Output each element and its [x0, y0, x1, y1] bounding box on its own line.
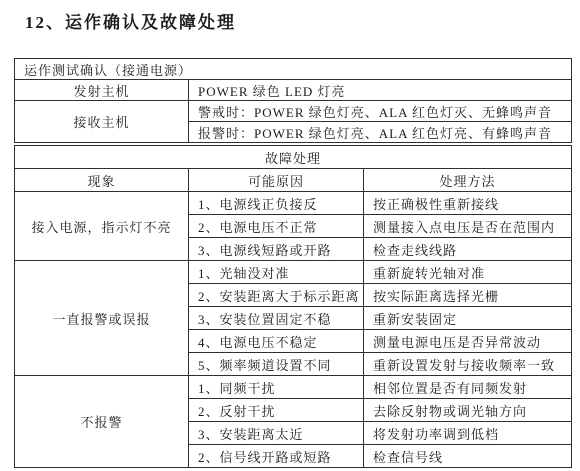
table-row: 运作测试确认（接通电源）: [15, 59, 572, 80]
solution-cell: 按实际距离选择光栅: [364, 284, 572, 307]
device-cell: 接收主机: [15, 101, 189, 143]
table-row: 接收主机 警戒时：POWER 绿色灯亮、ALA 红色灯灭、无蜂鸣声音: [15, 101, 572, 122]
tables-container: 运作测试确认（接通电源） 发射主机 POWER 绿色 LED 灯亮 接收主机 警…: [14, 58, 571, 468]
table-row: 接入电源，指示灯不亮 1、电源线正负接反 按正确极性重新接线: [15, 192, 572, 215]
operation-table-header: 运作测试确认（接通电源）: [15, 59, 572, 80]
solution-cell: 检查走线线路: [364, 238, 572, 261]
cause-cell: 1、同频干扰: [189, 376, 364, 399]
table-row: 不报警 1、同频干扰 相邻位置是否有同频发射: [15, 376, 572, 399]
cause-cell: 3、安装位置固定不稳: [189, 307, 364, 330]
table-row: 故障处理: [15, 146, 572, 169]
cause-cell: 4、电源电压不稳定: [189, 330, 364, 353]
fault-handling-table: 故障处理 现象 可能原因 处理方法 接入电源，指示灯不亮 1、电源线正负接反 按…: [14, 145, 572, 468]
solution-cell: 重新旋转光轴对准: [364, 261, 572, 284]
cause-cell: 1、光轴没对准: [189, 261, 364, 284]
phenomenon-cell: 一直报警或误报: [15, 261, 189, 376]
state-cell: 警戒时：POWER 绿色灯亮、ALA 红色灯灭、无蜂鸣声音: [189, 101, 572, 122]
table-row: 发射主机 POWER 绿色 LED 灯亮: [15, 80, 572, 101]
phenomenon-cell: 不报警: [15, 376, 189, 468]
cause-cell: 3、安装距离太近: [189, 422, 364, 445]
solution-cell: 将发射功率调到低档: [364, 422, 572, 445]
solution-cell: 相邻位置是否有同频发射: [364, 376, 572, 399]
table-row: 一直报警或误报 1、光轴没对准 重新旋转光轴对准: [15, 261, 572, 284]
cause-cell: 2、安装距离大于标示距离: [189, 284, 364, 307]
cause-cell: 3、电源线短路或开路: [189, 238, 364, 261]
cause-cell: 1、电源线正负接反: [189, 192, 364, 215]
column-header-phenomenon: 现象: [15, 169, 189, 192]
solution-cell: 按正确极性重新接线: [364, 192, 572, 215]
fault-table-title: 故障处理: [15, 146, 572, 169]
solution-cell: 重新设置发射与接收频率一致: [364, 353, 572, 376]
phenomenon-cell: 接入电源，指示灯不亮: [15, 192, 189, 261]
state-cell: 报警时：POWER 绿色灯亮、ALA 红色灯亮、有蜂鸣声音: [189, 122, 572, 143]
column-header-solution: 处理方法: [364, 169, 572, 192]
operation-test-table: 运作测试确认（接通电源） 发射主机 POWER 绿色 LED 灯亮 接收主机 警…: [14, 58, 572, 143]
device-cell: 发射主机: [15, 80, 189, 101]
solution-cell: 去除反射物或调光轴方向: [364, 399, 572, 422]
page-title: 12、运作确认及故障处理: [25, 8, 236, 33]
state-cell: POWER 绿色 LED 灯亮: [189, 80, 572, 101]
solution-cell: 重新安装固定: [364, 307, 572, 330]
table-header-row: 现象 可能原因 处理方法: [15, 169, 572, 192]
cause-cell: 2、反射干扰: [189, 399, 364, 422]
solution-cell: 检查信号线: [364, 445, 572, 468]
cause-cell: 2、信号线开路或短路: [189, 445, 364, 468]
solution-cell: 测量接入点电压是否在范围内: [364, 215, 572, 238]
column-header-cause: 可能原因: [189, 169, 364, 192]
cause-cell: 5、频率频道设置不同: [189, 353, 364, 376]
solution-cell: 测量电源电压是否异常波动: [364, 330, 572, 353]
cause-cell: 2、电源电压不正常: [189, 215, 364, 238]
